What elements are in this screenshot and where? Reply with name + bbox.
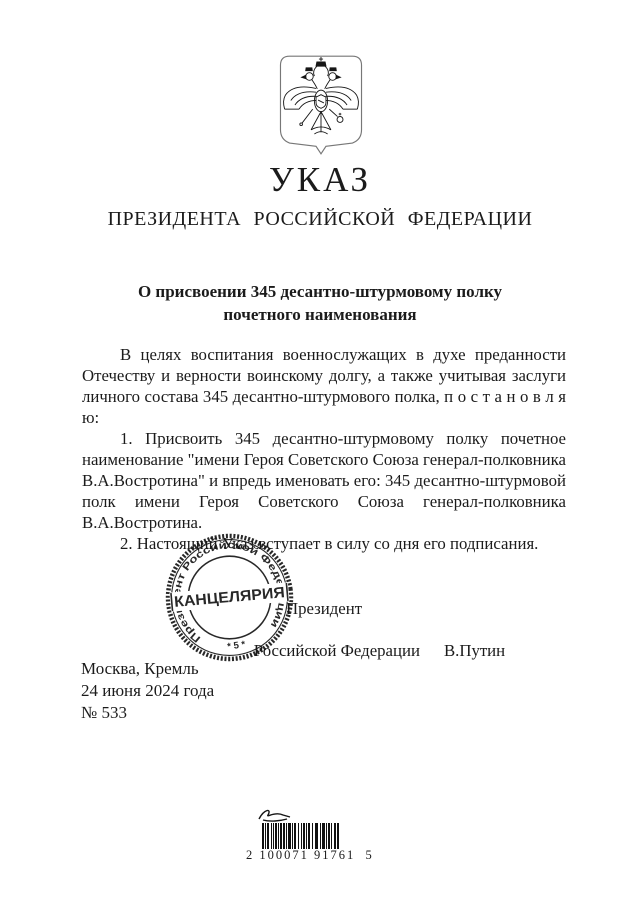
chancellery-stamp: Президент Российской Федерации * 5 * КАН… bbox=[163, 531, 296, 664]
stamp-bottom-text: * 5 * bbox=[227, 639, 247, 652]
decree-document: УКАЗ ПРЕЗИДЕНТА РОССИЙСКОЙ ФЕДЕРАЦИИ О п… bbox=[0, 0, 640, 905]
decree-title: УКАЗ bbox=[0, 160, 640, 200]
decree-body: В целях воспитания военнослужащих в духе… bbox=[82, 344, 566, 554]
body-paragraph: 1. Присвоить 345 десантно-штурмовому пол… bbox=[82, 428, 566, 533]
subject-line-1: О присвоении 345 десантно-штурмовому пол… bbox=[0, 280, 640, 303]
barcode-bar bbox=[337, 823, 339, 849]
registration-scribble-icon bbox=[256, 806, 296, 824]
barcode bbox=[262, 823, 339, 849]
body-paragraph: 2. Настоящий Указ вступает в силу со дня… bbox=[82, 533, 566, 554]
decree-subtitle: ПРЕЗИДЕНТА РОССИЙСКОЙ ФЕДЕРАЦИИ bbox=[0, 208, 640, 231]
footer-number: № 533 bbox=[81, 702, 214, 724]
signature-name: В.Путин bbox=[444, 641, 505, 661]
stamp-center-text: КАНЦЕЛЯРИЯ bbox=[174, 584, 286, 611]
decree-subject: О присвоении 345 десантно-штурмовому пол… bbox=[0, 280, 640, 326]
decree-footer: Москва, Кремль 24 июня 2024 года № 533 bbox=[81, 658, 214, 724]
russian-coat-of-arms-icon bbox=[278, 53, 364, 157]
body-paragraph: В целях воспитания военнослужащих в духе… bbox=[82, 344, 566, 428]
signature-title-line1: Президент bbox=[286, 599, 362, 619]
barcode-digits: 2 100071 91761 5 bbox=[246, 848, 354, 863]
footer-place: Москва, Кремль bbox=[81, 658, 214, 680]
subject-line-2: почетного наименования bbox=[0, 303, 640, 326]
footer-date: 24 июня 2024 года bbox=[81, 680, 214, 702]
